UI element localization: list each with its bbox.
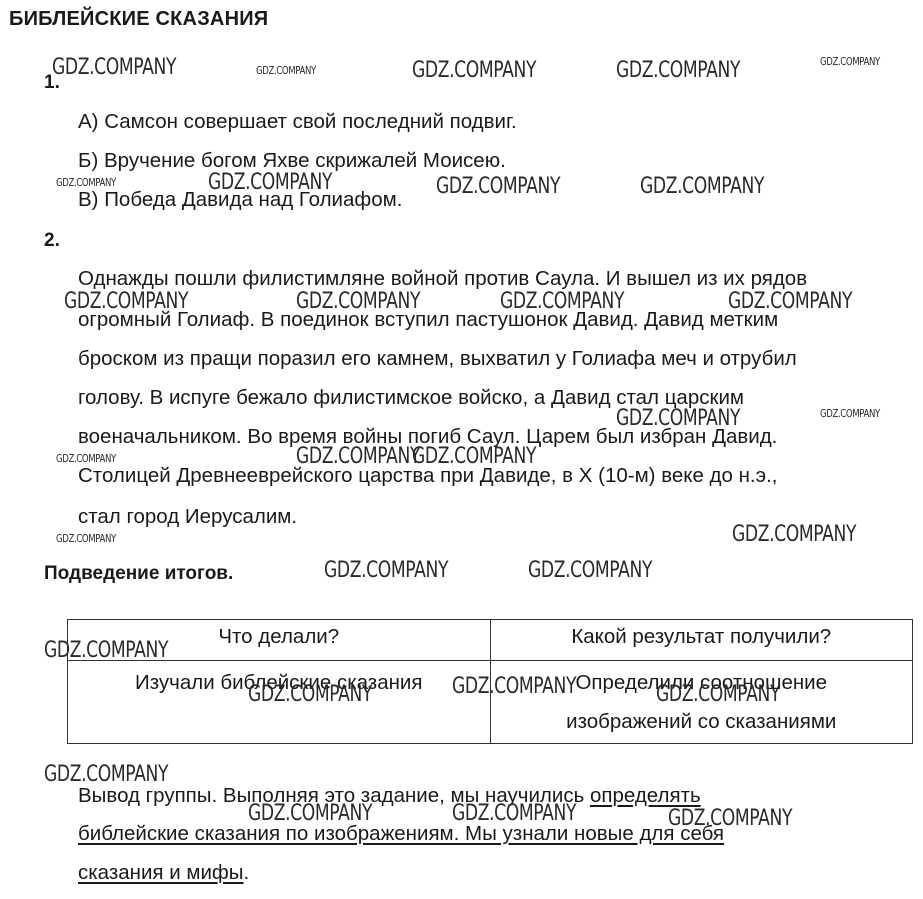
task-2-line: голову. В испуге бежало филистимское вой…: [78, 386, 744, 410]
task-2-line: военачальником. Во время войны погиб Сау…: [78, 425, 777, 449]
watermark: GDZ.COMPANY: [324, 558, 448, 583]
conclusion-underlined: библейские сказания по изображениям. Мы …: [78, 822, 724, 845]
summary-heading: Подведение итогов.: [44, 563, 233, 585]
conclusion-line-1: Вывод группы. Выполняя это задание, мы н…: [78, 784, 701, 808]
watermark: GDZ.COMPANY: [412, 58, 536, 83]
table-cell: Определили соотношение изображений со ск…: [490, 661, 913, 744]
task-2-line: огромный Голиаф. В поединок вступил паст…: [78, 308, 778, 332]
table-header-row: Что делали? Какой результат получили?: [68, 620, 913, 661]
task-2-line: броском из пращи поразил его камнем, вых…: [78, 347, 797, 371]
conclusion-underlined: определять: [590, 784, 701, 807]
results-table: Что делали? Какой результат получили? Из…: [67, 619, 913, 744]
task-2-line: Столицей Древнееврейского царства при Да…: [78, 464, 777, 488]
page-title: БИБЛЕЙСКИЕ СКАЗАНИЯ: [9, 8, 268, 31]
table-header-cell: Что делали?: [68, 620, 491, 661]
watermark: GDZ.COMPANY: [640, 174, 764, 199]
conclusion-prefix: Вывод группы. Выполняя это задание, мы н…: [78, 784, 590, 807]
task-1-item-c: В) Победа Давида над Голиафом.: [78, 188, 402, 212]
watermark: GDZ.COMPANY: [528, 558, 652, 583]
conclusion-line-3: сказания и мифы.: [78, 861, 249, 885]
task-1-number: 1.: [44, 72, 60, 94]
conclusion-suffix: .: [244, 861, 250, 884]
watermark: GDZ.COMPANY: [52, 55, 176, 80]
task-2-number: 2.: [44, 230, 60, 252]
task-1-item-a: А) Самсон совершает свой последний подви…: [78, 110, 517, 134]
watermark: GDZ.COMPANY: [256, 64, 316, 77]
watermark: GDZ.COMPANY: [820, 407, 880, 420]
task-1-item-b: Б) Вручение богом Яхве скрижалей Моисею.: [78, 149, 506, 173]
table-cell: Изучали библейские сказания: [68, 661, 491, 744]
watermark: GDZ.COMPANY: [616, 58, 740, 83]
watermark: GDZ.COMPANY: [820, 55, 880, 68]
task-2-line: Однажды пошли филистимляне войной против…: [78, 267, 807, 291]
task-2-line: стал город Иерусалим.: [78, 505, 297, 529]
watermark: GDZ.COMPANY: [56, 532, 116, 545]
table-header-cell: Какой результат получили?: [490, 620, 913, 661]
table-row: Изучали библейские сказания Определили с…: [68, 661, 913, 744]
conclusion-line-2: библейские сказания по изображениям. Мы …: [78, 822, 724, 846]
watermark: GDZ.COMPANY: [436, 174, 560, 199]
conclusion-underlined: сказания и мифы: [78, 861, 244, 884]
watermark: GDZ.COMPANY: [732, 522, 856, 547]
